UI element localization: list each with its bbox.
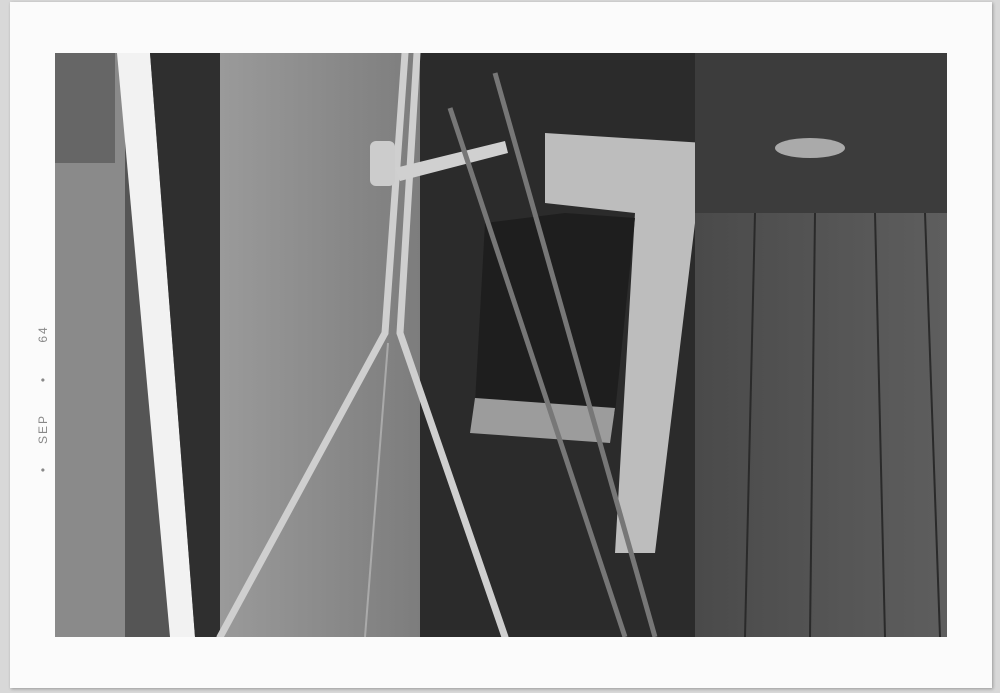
photo-scene [55,53,947,637]
photograph [55,53,947,637]
stamp-year: 64 [36,325,50,342]
stamp-month: SEP [36,414,50,444]
stamp-dot-middle: • [36,376,50,382]
stamp-dot-bottom: • [36,466,50,472]
date-stamp: • SEP • 64 [28,312,58,482]
